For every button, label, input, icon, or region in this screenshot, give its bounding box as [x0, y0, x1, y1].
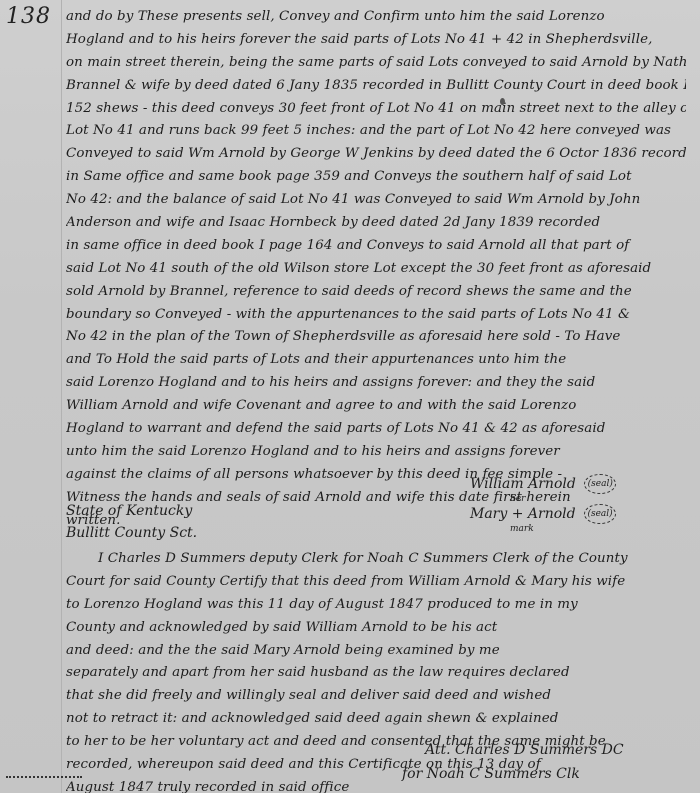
- mark-label: mark: [470, 524, 690, 534]
- certificate-line: Court for said County Certify that this …: [66, 571, 686, 594]
- page-number: 138: [6, 4, 51, 29]
- deed-line: said Lot No 41 south of the old Wilson s…: [66, 258, 686, 281]
- deed-line: in same office in deed book I page 164 a…: [66, 235, 686, 258]
- state-heading: State of Kentucky: [66, 500, 197, 522]
- certificate-line: County and acknowledged by said William …: [66, 617, 686, 640]
- deed-line: Lot No 41 and runs back 99 feet 5 inches…: [66, 120, 686, 143]
- deed-line: boundary so Conveyed - with the appurten…: [66, 304, 686, 327]
- signature-name: William Arnold: [470, 476, 576, 492]
- certificate-line: I Charles D Summers deputy Clerk for Noa…: [66, 548, 686, 571]
- deed-line: in Same office and same book page 359 an…: [66, 166, 686, 189]
- deed-line: unto him the said Lorenzo Hogland and to…: [66, 441, 686, 464]
- clerk-signature: Att. Charles D Summers DC: [425, 742, 624, 758]
- deed-line: Conveyed to said Wm Arnold by George W J…: [66, 143, 686, 166]
- document-page: 138 and do by These presents sell, Conve…: [0, 0, 700, 793]
- county-heading: Bullitt County Sct.: [66, 522, 197, 544]
- venue-heading: State of Kentucky Bullitt County Sct.: [66, 500, 197, 544]
- seal-icon: (seal): [584, 474, 616, 494]
- deed-line: and do by These presents sell, Convey an…: [66, 6, 686, 29]
- deed-line: Hogland and to his heirs forever the sai…: [66, 29, 686, 52]
- deed-body: and do by These presents sell, Convey an…: [66, 6, 686, 532]
- margin-rule: [61, 0, 62, 793]
- deed-line: Hogland to warrant and defend the said p…: [66, 418, 686, 441]
- deed-line: sold Arnold by Brannel, reference to sai…: [66, 281, 686, 304]
- deed-line: Brannel & wife by deed dated 6 Jany 1835…: [66, 75, 686, 98]
- margin-flourish: [6, 776, 82, 779]
- certificate-line: August 1847 truly recorded in said offic…: [66, 777, 686, 793]
- certificate-line: separately and apart from her said husba…: [66, 662, 686, 685]
- ink-spot: [500, 98, 505, 105]
- certificate-line: that she did freely and willingly seal a…: [66, 685, 686, 708]
- deed-line: Anderson and wife and Isaac Hornbeck by …: [66, 212, 686, 235]
- deed-line: and To Hold the said parts of Lots and t…: [66, 349, 686, 372]
- certificate-line: to Lorenzo Hogland was this 11 day of Au…: [66, 594, 686, 617]
- signature-name: Mary + Arnold: [470, 506, 576, 522]
- deed-line: on main street therein, being the same p…: [66, 52, 686, 75]
- signature-william: William Arnold (seal): [470, 474, 690, 494]
- certificate-line: and deed: and the the said Mary Arnold b…: [66, 640, 686, 663]
- her-label: her: [470, 494, 690, 504]
- deed-line: No 42: and the balance of said Lot No 41…: [66, 189, 686, 212]
- deed-line: 152 shews - this deed conveys 30 feet fr…: [66, 98, 686, 121]
- seal-icon: (seal): [584, 504, 616, 524]
- for-clerk-signature: for Noah C Summers Clk: [402, 766, 580, 782]
- deed-line: William Arnold and wife Covenant and agr…: [66, 395, 686, 418]
- certificate-line: not to retract it: and acknowledged said…: [66, 708, 686, 731]
- grantor-signatures: William Arnold (seal) her Mary + Arnold …: [470, 474, 690, 534]
- deed-line: said Lorenzo Hogland and to his heirs an…: [66, 372, 686, 395]
- deed-line: No 42 in the plan of the Town of Shepher…: [66, 326, 686, 349]
- signature-mary: Mary + Arnold (seal): [470, 504, 690, 524]
